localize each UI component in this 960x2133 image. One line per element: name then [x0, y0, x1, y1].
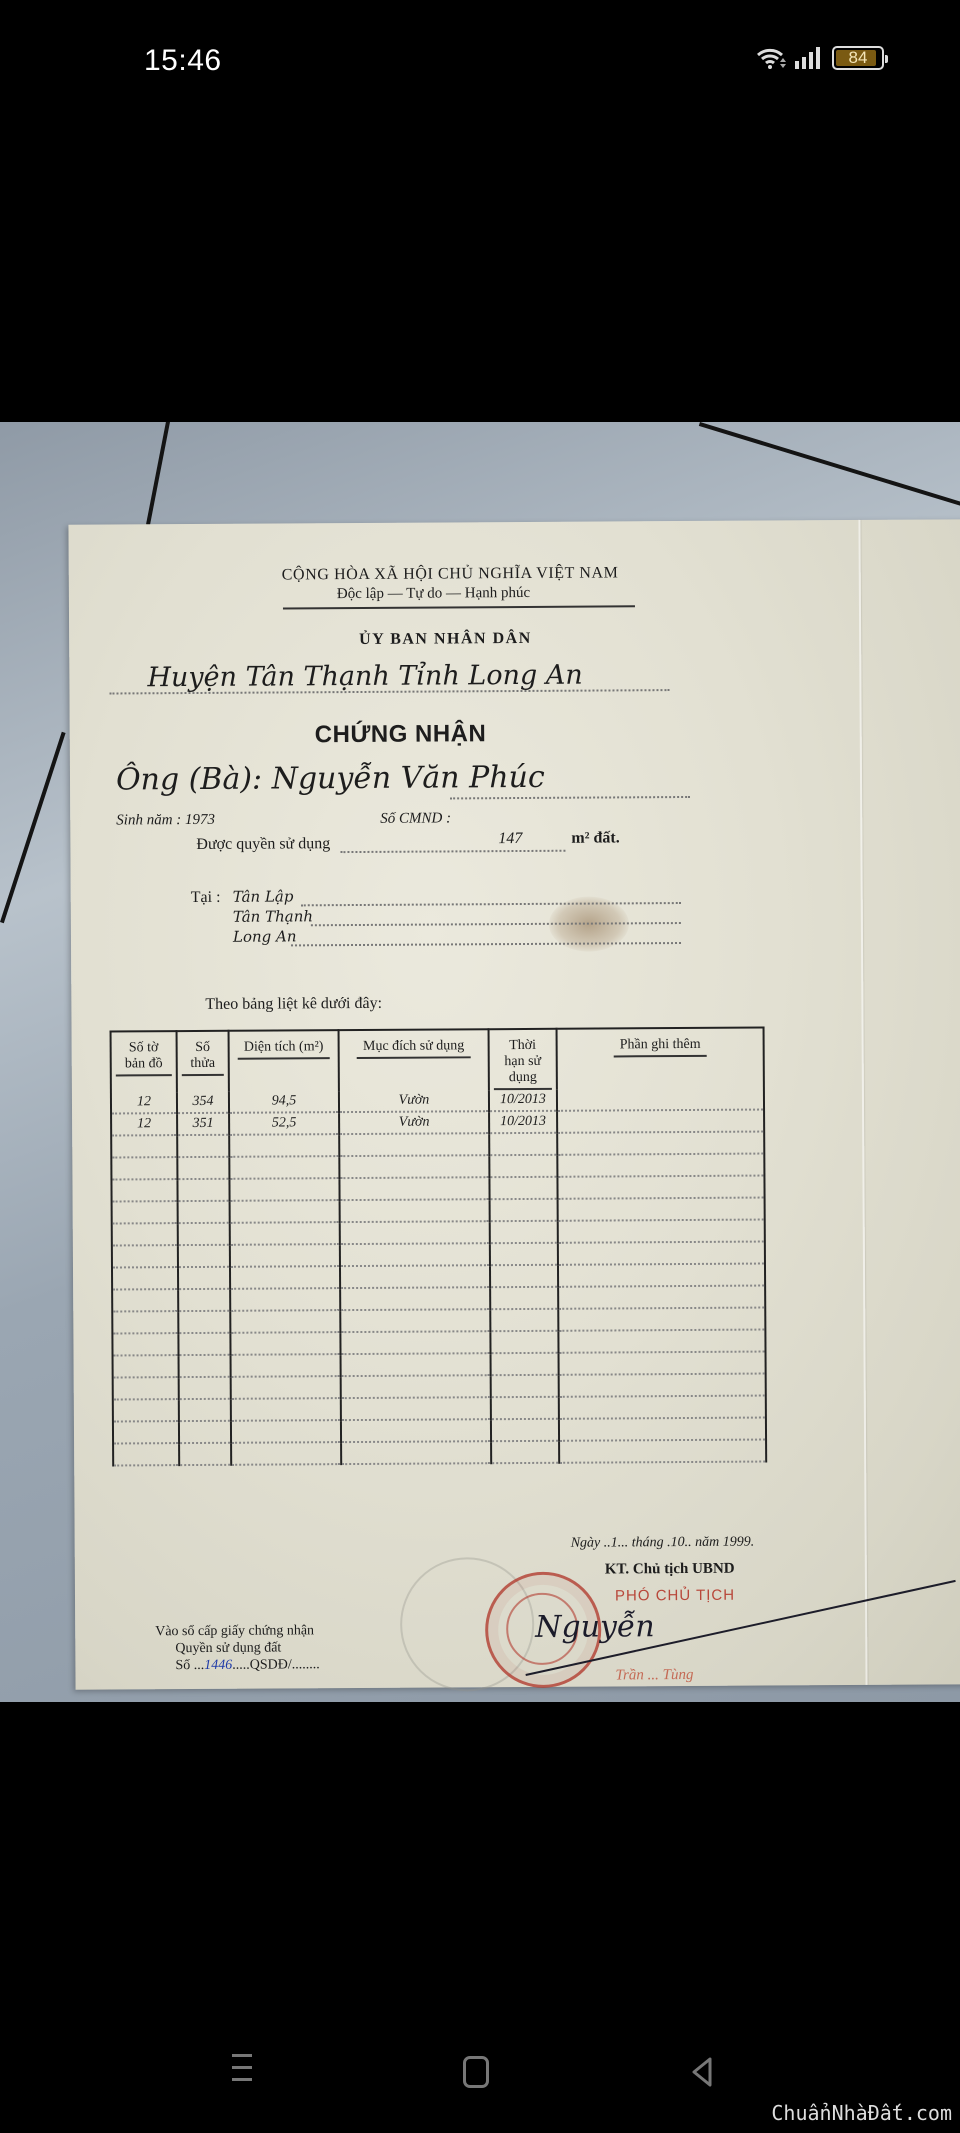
- table-header-row: Số tờ bản đồ Số thửa Diện tích (m²) Mục …: [111, 1028, 764, 1093]
- owner-line: Ông (Bà): Nguyễn Văn Phúc: [116, 760, 545, 798]
- deputy-title-stamp: PHÓ CHỦ TỊCH: [615, 1587, 735, 1605]
- header-divider: [283, 605, 635, 609]
- tile-grout-line: [0, 732, 66, 923]
- col-area: Diện tích (m²): [238, 1039, 330, 1060]
- tile-grout-line: [699, 422, 960, 508]
- owner-label: Ông (Bà):: [116, 762, 262, 798]
- col-parcel-no: Số thửa: [182, 1040, 224, 1076]
- signer-role: KT. Chủ tịch UBND: [605, 1561, 735, 1579]
- status-icons: 84: [756, 46, 884, 70]
- birth-line: Sinh năm : 1973: [116, 812, 215, 830]
- use-right-label: Được quyền sử dụng: [196, 835, 330, 854]
- national-title: CỘNG HÒA XÃ HỘI CHỦ NGHĨA VIỆT NAM: [282, 564, 619, 584]
- battery-icon: 84: [832, 46, 884, 70]
- location-province: Long An: [233, 927, 297, 945]
- col-term: Thời hạn sử dụng: [494, 1038, 552, 1090]
- register-line-3: Số ...1446.....QSDĐ/........: [175, 1657, 319, 1674]
- issue-date: Ngày ..1... tháng .10.. năm 1999.: [571, 1535, 755, 1552]
- area-unit: m² đất.: [571, 829, 619, 847]
- signal-icon: [794, 46, 824, 70]
- paper-fold: [858, 520, 867, 1685]
- wifi-icon: [756, 46, 786, 70]
- status-time: 15:46: [144, 44, 222, 78]
- col-notes: Phần ghi thêm: [614, 1037, 707, 1058]
- menu-icon[interactable]: [232, 2054, 252, 2090]
- location-commune: Tân Lập: [233, 887, 294, 905]
- owner-name: Nguyễn Văn Phúc: [272, 760, 545, 797]
- certificate-title: CHỨNG NHẬN: [315, 720, 487, 749]
- watermark: ChuẩnNhàĐất.com: [771, 2101, 952, 2125]
- tile-grout-line: [146, 422, 170, 525]
- col-map-sheet: Số tờ bản đồ: [116, 1040, 172, 1076]
- navigation-bar: ChuẩnNhàĐất.com: [0, 1702, 960, 2133]
- signature: Nguyễn: [535, 1609, 655, 1645]
- table-row: [113, 1440, 766, 1466]
- list-intro: Theo bảng liệt kê dưới đây:: [205, 995, 382, 1014]
- register-number: 1446: [204, 1658, 232, 1673]
- district-name: Huyện Tân Thạnh Tỉnh Long An: [147, 660, 582, 694]
- status-bar: 15:46 84: [0, 0, 960, 130]
- signer-name-stamp: Trần ... Tùng: [615, 1667, 693, 1684]
- birth-label: Sinh năm :: [116, 812, 181, 828]
- birth-year: 1973: [185, 812, 215, 828]
- register-line-2: Quyền sử dụng đất: [175, 1640, 281, 1657]
- battery-level: 84: [849, 48, 868, 68]
- col-purpose: Mục đích sử dụng: [357, 1038, 470, 1059]
- id-label: Số CMND :: [380, 810, 451, 826]
- land-parcel-table: Số tờ bản đồ Số thửa Diện tích (m²) Mục …: [110, 1027, 768, 1467]
- document-photo: CỘNG HÒA XÃ HỘI CHỦ NGHĨA VIỆT NAM Độc l…: [0, 422, 960, 1702]
- committee-label: ỦY BAN NHÂN DÂN: [359, 630, 532, 649]
- back-icon[interactable]: [690, 2056, 714, 2088]
- national-motto: Độc lập — Tự do — Hạnh phúc: [337, 585, 530, 603]
- land-use-certificate: CỘNG HÒA XÃ HỘI CHỦ NGHĨA VIỆT NAM Độc l…: [68, 519, 960, 1689]
- id-line: Số CMND :: [380, 810, 451, 827]
- location-district: Tân Thạnh: [233, 907, 313, 925]
- area-value: 147: [498, 830, 522, 848]
- home-icon[interactable]: [463, 2056, 489, 2088]
- register-line-1: Vào sổ cấp giấy chứng nhận: [155, 1623, 314, 1640]
- location-label: Tại :: [191, 889, 221, 907]
